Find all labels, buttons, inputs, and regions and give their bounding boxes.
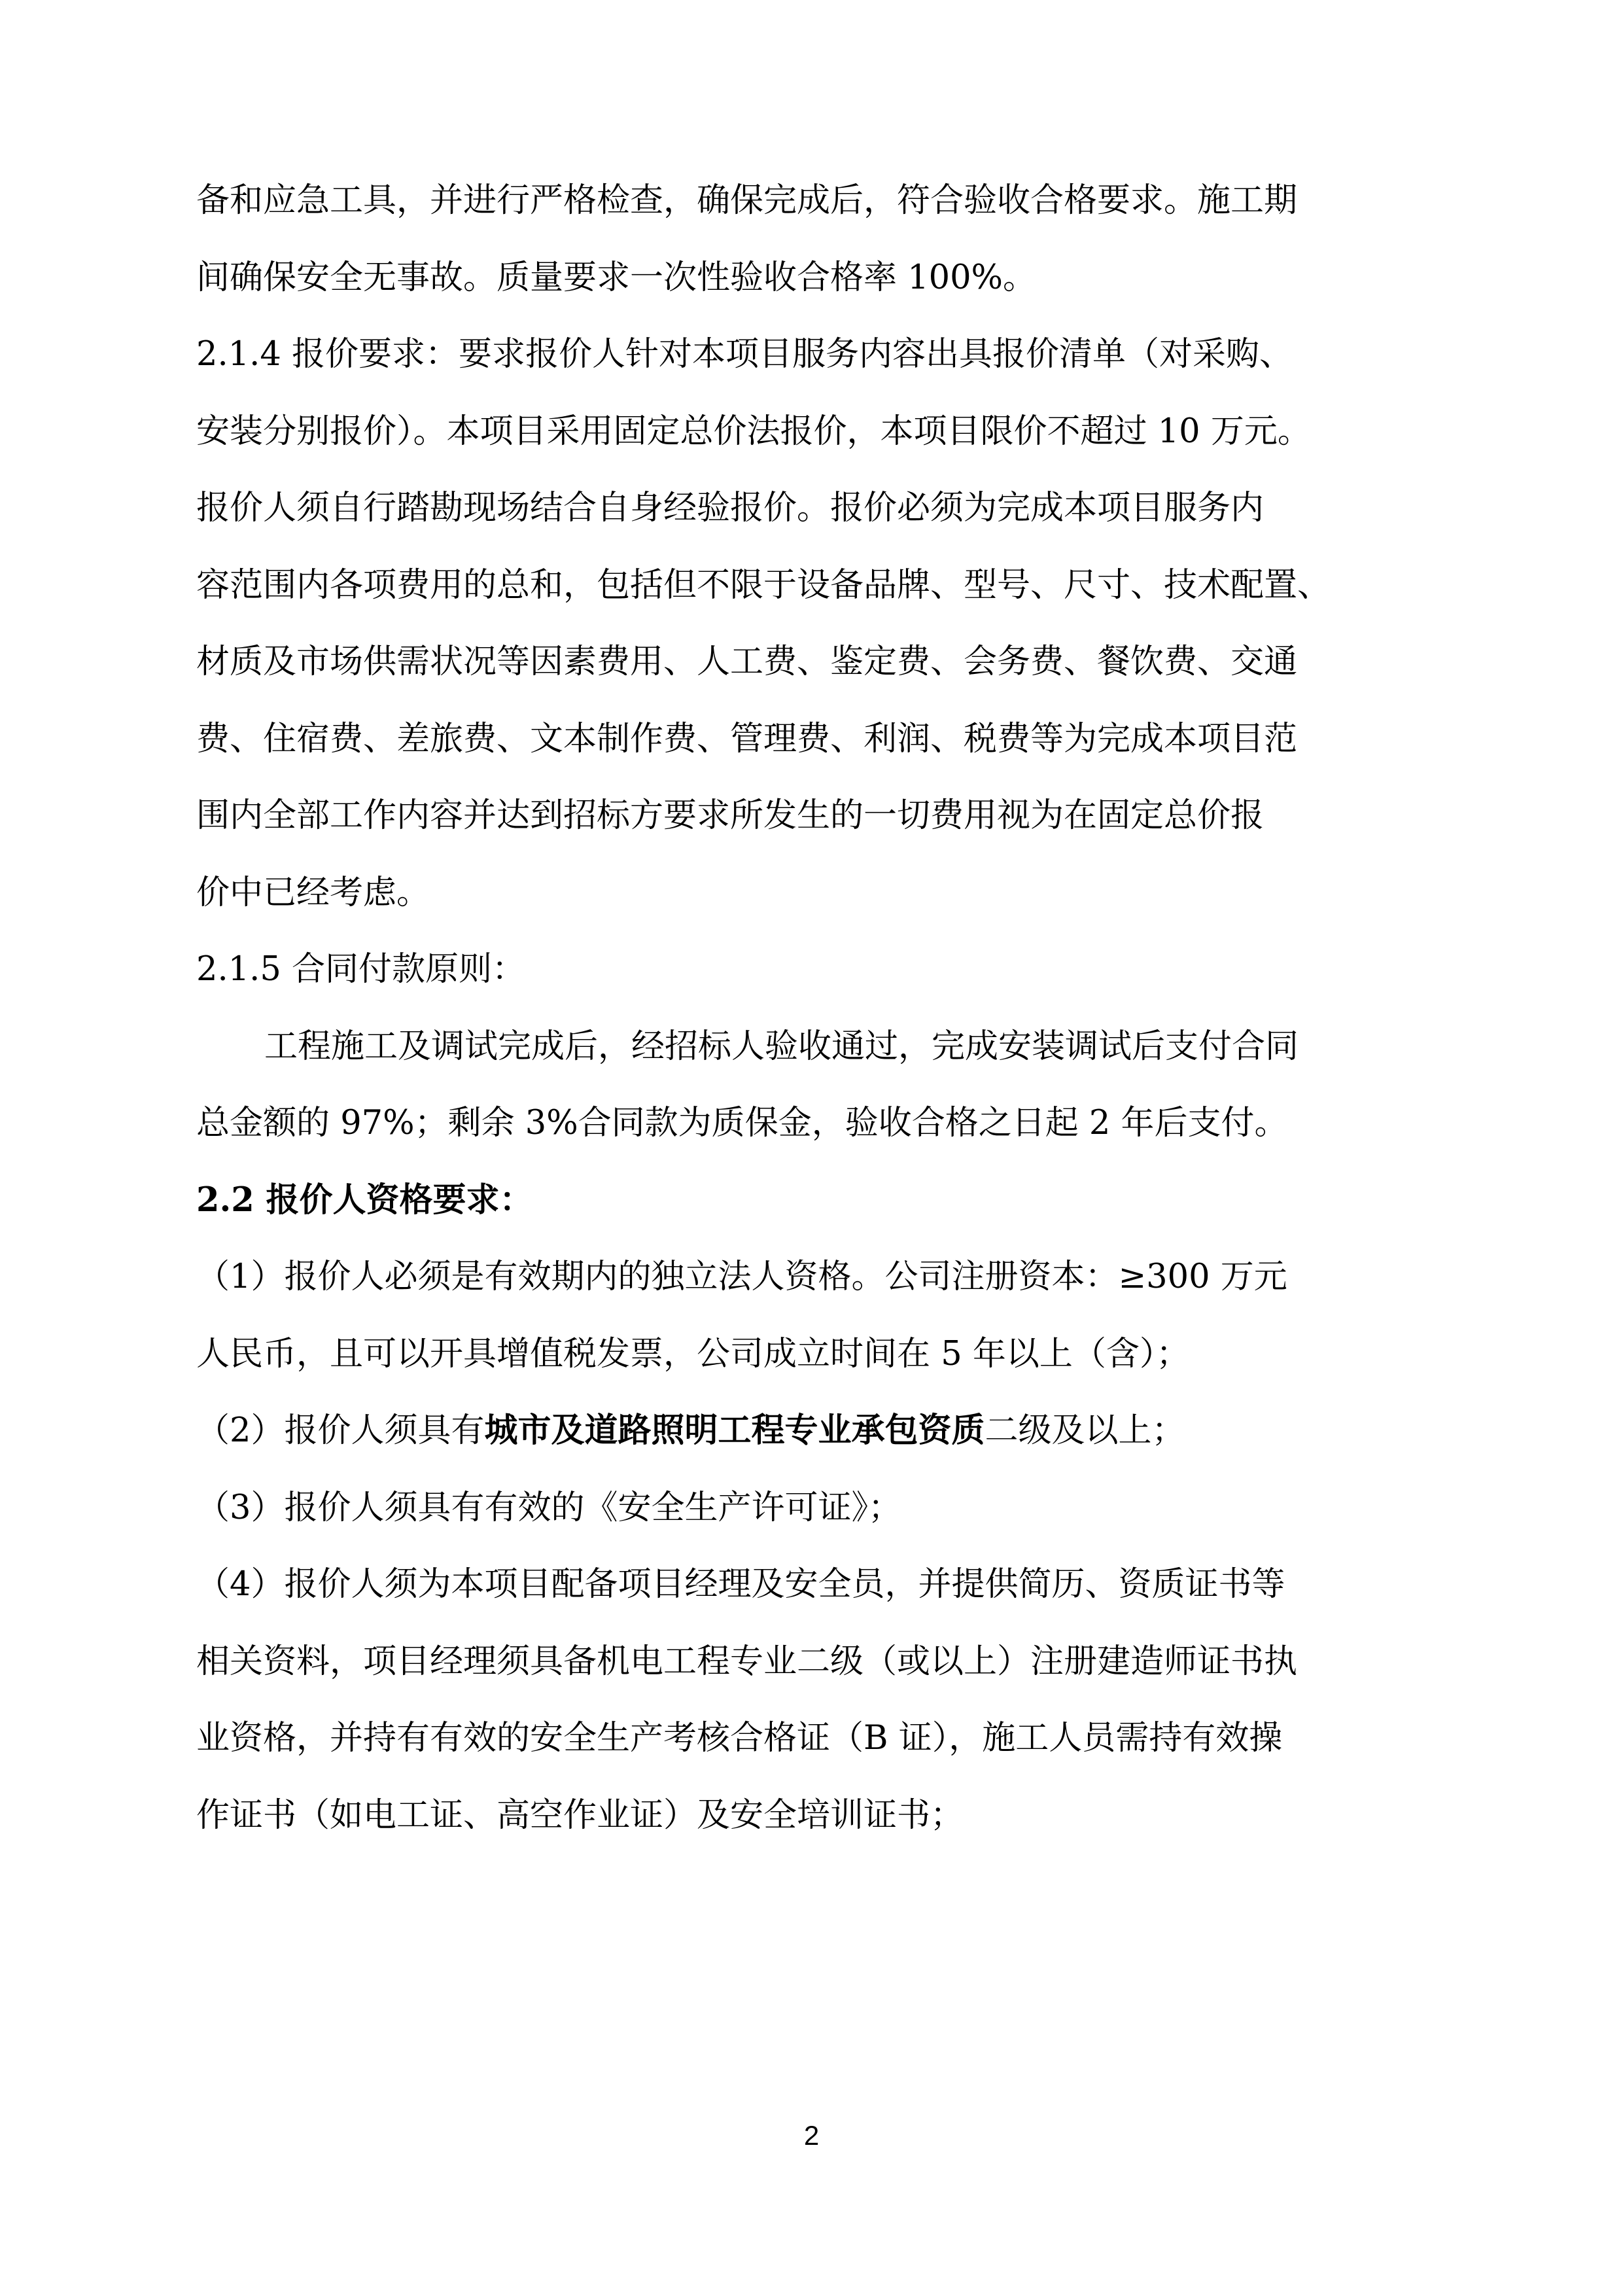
requirement-2-line: （2）报价人须具有城市及道路照明工程专业承包资质二级及以上；: [196, 1392, 1426, 1470]
section-2-2-heading: 2.2 报价人资格要求：: [196, 1162, 1426, 1239]
paragraph-line: 作证书（如电工证、高空作业证）及安全培训证书；: [196, 1777, 1426, 1854]
paragraph-line: 备和应急工具，并进行严格检查，确保完成后，符合验收合格要求。施工期: [196, 162, 1426, 239]
paragraph-line: 相关资料，项目经理须具备机电工程专业二级（或以上）注册建造师证书执: [196, 1623, 1426, 1701]
paragraph-line: 人民币，且可以开具增值税发票，公司成立时间在 5 年以上（含）；: [196, 1316, 1426, 1393]
paragraph-line: 安装分别报价）。本项目采用固定总价法报价，本项目限价不超过 10 万元。: [196, 393, 1426, 470]
requirement-2-prefix: （2）报价人须具有: [196, 1411, 484, 1450]
paragraph-line: 报价人须自行踏勘现场结合自身经验报价。报价必须为完成本项目服务内: [196, 470, 1426, 547]
requirement-2-qualification: 城市及道路照明工程专业承包资质: [484, 1411, 985, 1450]
paragraph-line: 间确保安全无事故。质量要求一次性验收合格率 100%。: [196, 239, 1426, 317]
paragraph-line: 围内全部工作内容并达到招标方要求所发生的一切费用视为在固定总价报: [196, 777, 1426, 855]
paragraph-line: 业资格，并持有有效的安全生产考核合格证（B 证），施工人员需持有效操: [196, 1700, 1426, 1777]
paragraph-line: 价中已经考虑。: [196, 855, 1426, 932]
requirement-4-line: （4）报价人须为本项目配备项目经理及安全员，并提供简历、资质证书等: [196, 1546, 1426, 1623]
paragraph-line: 总金额的 97%；剩余 3%合同款为质保金，验收合格之日起 2 年后支付。: [196, 1085, 1426, 1162]
paragraph-line: 材质及市场供需状况等因素费用、人工费、鉴定费、会务费、餐饮费、交通: [196, 624, 1426, 701]
requirement-2-suffix: 二级及以上；: [985, 1411, 1185, 1450]
paragraph-line: 工程施工及调试完成后，经招标人验收通过，完成安装调试后支付合同: [196, 1008, 1426, 1086]
section-2-1-4-line: 2.1.4 报价要求：要求报价人针对本项目服务内容出具报价清单（对采购、: [196, 316, 1426, 393]
document-page: 备和应急工具，并进行严格检查，确保完成后，符合验收合格要求。施工期 间确保安全无…: [196, 162, 1426, 1854]
page-number: 2: [0, 2120, 1623, 2151]
section-2-1-5-heading: 2.1.5 合同付款原则：: [196, 931, 1426, 1008]
paragraph-line: 容范围内各项费用的总和，包括但不限于设备品牌、型号、尺寸、技术配置、: [196, 547, 1426, 624]
requirement-1-line: （1）报价人必须是有效期内的独立法人资格。公司注册资本：≥300 万元: [196, 1239, 1426, 1316]
requirement-3-line: （3）报价人须具有有效的《安全生产许可证》；: [196, 1470, 1426, 1547]
paragraph-line: 费、住宿费、差旅费、文本制作费、管理费、利润、税费等为完成本项目范: [196, 701, 1426, 778]
